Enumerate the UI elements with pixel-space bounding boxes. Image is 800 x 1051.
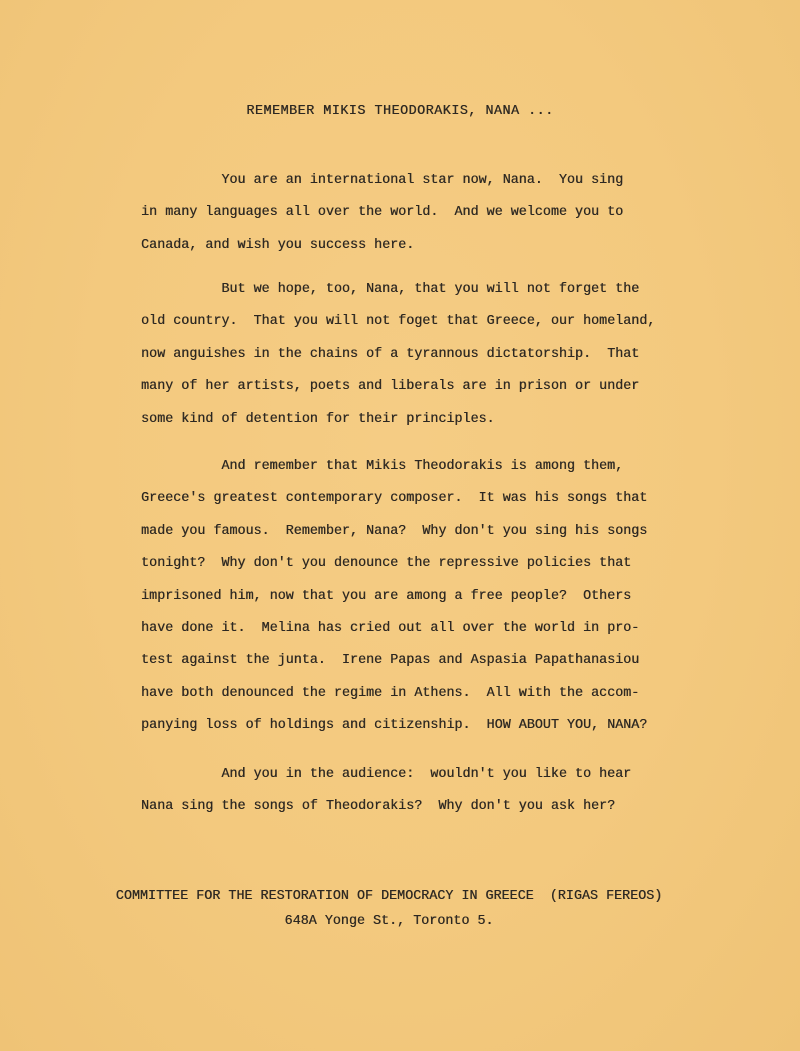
text-line: And you in the audience: wouldn't you li… [141,759,631,791]
text-line: test against the junta. Irene Papas and … [141,645,647,677]
flyer-page: REMEMBER MIKIS THEODORAKIS, NANA ... You… [0,0,800,1051]
text-line: many of her artists, poets and liberals … [141,371,655,403]
page-title: REMEMBER MIKIS THEODORAKIS, NANA ... [0,102,800,122]
paragraph-welcome: You are an international star now, Nana.… [141,165,623,262]
text-line: Canada, and wish you success here. [141,230,623,262]
text-line: And remember that Mikis Theodorakis is a… [141,451,647,483]
text-line: have done it. Melina has cried out all o… [141,613,647,645]
footer-address: 648A Yonge St., Toronto 5. [0,910,778,935]
footer: COMMITTEE FOR THE RESTORATION OF DEMOCRA… [0,885,778,934]
footer-organization: COMMITTEE FOR THE RESTORATION OF DEMOCRA… [0,885,778,910]
text-line: panying loss of holdings and citizenship… [141,710,647,742]
text-line: have both denounced the regime in Athens… [141,678,647,710]
text-line: old country. That you will not foget tha… [141,306,655,338]
text-line: Nana sing the songs of Theodorakis? Why … [141,791,631,823]
paragraph-old-country: But we hope, too, Nana, that you will no… [141,274,655,436]
text-line: You are an international star now, Nana.… [141,165,623,197]
text-line: tonight? Why don't you denounce the repr… [141,548,647,580]
paragraph-audience: And you in the audience: wouldn't you li… [141,759,631,824]
text-line: imprisoned him, now that you are among a… [141,581,647,613]
text-line: some kind of detention for their princip… [141,404,655,436]
text-line: now anguishes in the chains of a tyranno… [141,339,655,371]
text-line: Greece's greatest contemporary composer.… [141,483,647,515]
paragraph-theodorakis: And remember that Mikis Theodorakis is a… [141,451,647,743]
text-line: But we hope, too, Nana, that you will no… [141,274,655,306]
text-line: made you famous. Remember, Nana? Why don… [141,516,647,548]
text-line: in many languages all over the world. An… [141,197,623,229]
